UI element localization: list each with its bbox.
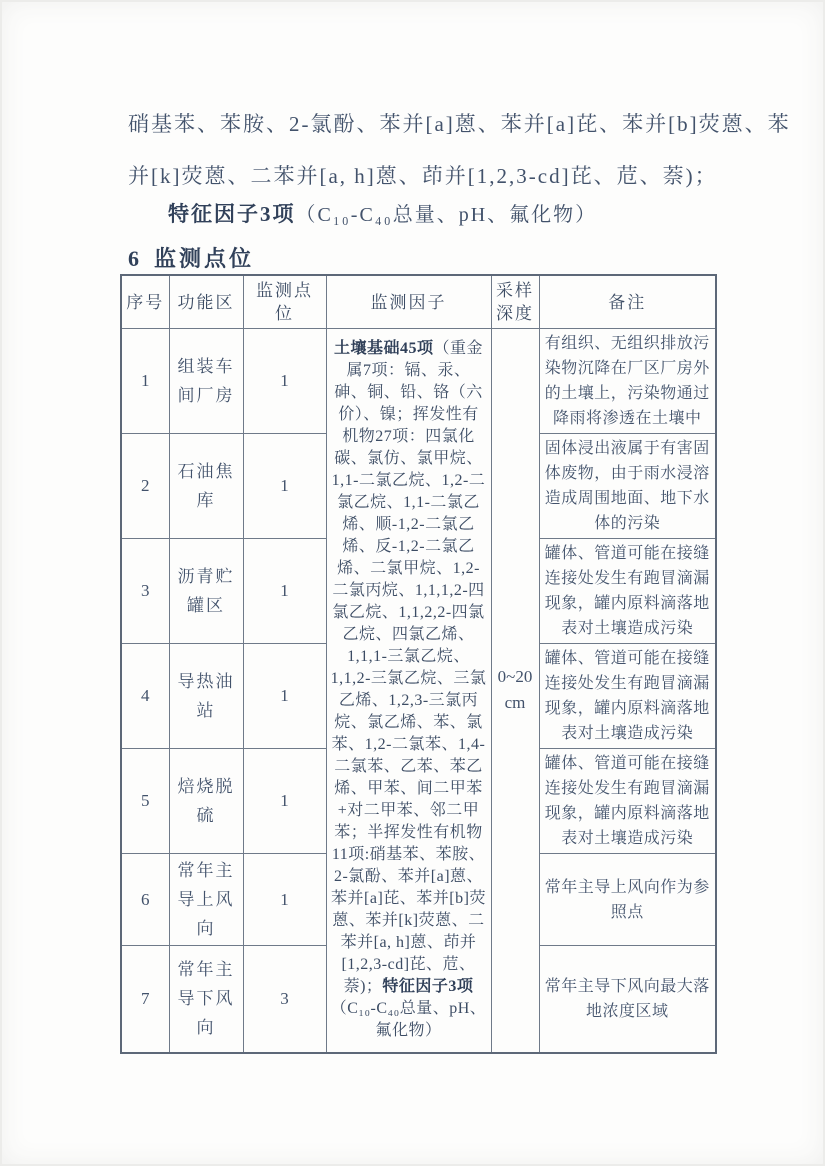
intro-line-2: 并[k]荧蒽、二苯并[a, h]蒽、茚并[1,2,3-cd]芘、苊、萘)； xyxy=(128,150,768,202)
header-seq: 序号 xyxy=(121,275,169,329)
points-cell: 1 xyxy=(243,434,326,539)
seq-cell: 5 xyxy=(121,749,169,854)
factors-text-2: （C₁₀-C₄₀总量、pH、氟化物） xyxy=(331,1000,487,1039)
monitoring-points-table: 序号 功能区 监测点位 监测因子 采样深度 备注 1 组装车间厂房 1 土壤基础… xyxy=(120,274,717,1054)
header-factors: 监测因子 xyxy=(326,275,491,329)
document-page: 硝基苯、苯胺、2-氯酚、苯并[a]蒽、苯并[a]芘、苯并[b]荧蒽、苯 并[k]… xyxy=(0,0,825,1166)
remark-cell: 罐体、管道可能在接缝连接处发生有跑冒滴漏现象，罐内原料滴落地表对土壤造成污染 xyxy=(539,644,716,749)
area-cell: 沥青贮罐区 xyxy=(169,539,243,644)
points-cell: 1 xyxy=(243,749,326,854)
factors-cell: 土壤基础45项（重金属7项：镉、汞、砷、铜、铅、铬（六价）、镍；挥发性有机物27… xyxy=(326,329,491,1053)
factors-bold-1: 土壤基础45项 xyxy=(334,340,434,357)
area-cell: 常年主导下风向 xyxy=(169,946,243,1053)
intro-line-1: 硝基苯、苯胺、2-氯酚、苯并[a]蒽、苯并[a]芘、苯并[b]荧蒽、苯 xyxy=(128,98,768,150)
feature-factors-rest: （C₁₀-C₄₀总量、pH、氟化物） xyxy=(296,204,598,226)
seq-cell: 4 xyxy=(121,644,169,749)
points-cell: 3 xyxy=(243,946,326,1053)
section-heading: 6监测点位 xyxy=(128,242,254,273)
points-cell: 1 xyxy=(243,644,326,749)
header-area: 功能区 xyxy=(169,275,243,329)
table-row: 1 组装车间厂房 1 土壤基础45项（重金属7项：镉、汞、砷、铜、铅、铬（六价）… xyxy=(121,329,716,434)
depth-cell: 0~20 cm xyxy=(491,329,539,1053)
feature-factors-bold: 特征因子3项 xyxy=(168,202,296,226)
seq-cell: 1 xyxy=(121,329,169,434)
feature-factors-line: 特征因子3项（C₁₀-C₄₀总量、pH、氟化物） xyxy=(168,198,728,228)
seq-cell: 7 xyxy=(121,946,169,1053)
seq-cell: 6 xyxy=(121,854,169,946)
header-remark: 备注 xyxy=(539,275,716,329)
header-points: 监测点位 xyxy=(243,275,326,329)
seq-cell: 3 xyxy=(121,539,169,644)
intro-paragraph: 硝基苯、苯胺、2-氯酚、苯并[a]蒽、苯并[a]芘、苯并[b]荧蒽、苯 并[k]… xyxy=(128,98,768,202)
remark-cell: 常年主导下风向最大落地浓度区域 xyxy=(539,946,716,1053)
area-cell: 焙烧脱硫 xyxy=(169,749,243,854)
area-cell: 石油焦库 xyxy=(169,434,243,539)
remark-cell: 罐体、管道可能在接缝连接处发生有跑冒滴漏现象，罐内原料滴落地表对土壤造成污染 xyxy=(539,539,716,644)
points-cell: 1 xyxy=(243,854,326,946)
section-number: 6 xyxy=(128,246,142,271)
remark-cell: 罐体、管道可能在接缝连接处发生有跑冒滴漏现象，罐内原料滴落地表对土壤造成污染 xyxy=(539,749,716,854)
points-cell: 1 xyxy=(243,539,326,644)
points-cell: 1 xyxy=(243,329,326,434)
area-cell: 导热油站 xyxy=(169,644,243,749)
remark-cell: 常年主导上风向作为参照点 xyxy=(539,854,716,946)
header-depth: 采样深度 xyxy=(491,275,539,329)
area-cell: 常年主导上风向 xyxy=(169,854,243,946)
factors-bold-2: 特征因子3项 xyxy=(382,978,473,995)
table-header-row: 序号 功能区 监测点位 监测因子 采样深度 备注 xyxy=(121,275,716,329)
remark-cell: 固体浸出液属于有害固体废物，由于雨水浸溶造成周围地面、地下水体的污染 xyxy=(539,434,716,539)
seq-cell: 2 xyxy=(121,434,169,539)
area-cell: 组装车间厂房 xyxy=(169,329,243,434)
section-title: 监测点位 xyxy=(154,246,254,271)
remark-cell: 有组织、无组织排放污染物沉降在厂区厂房外的土壤上，污染物通过降雨将渗透在土壤中 xyxy=(539,329,716,434)
factors-text-1: （重金属7项：镉、汞、砷、铜、铅、铬（六价）、镍；挥发性有机物27项：四氯化碳、… xyxy=(331,340,487,995)
